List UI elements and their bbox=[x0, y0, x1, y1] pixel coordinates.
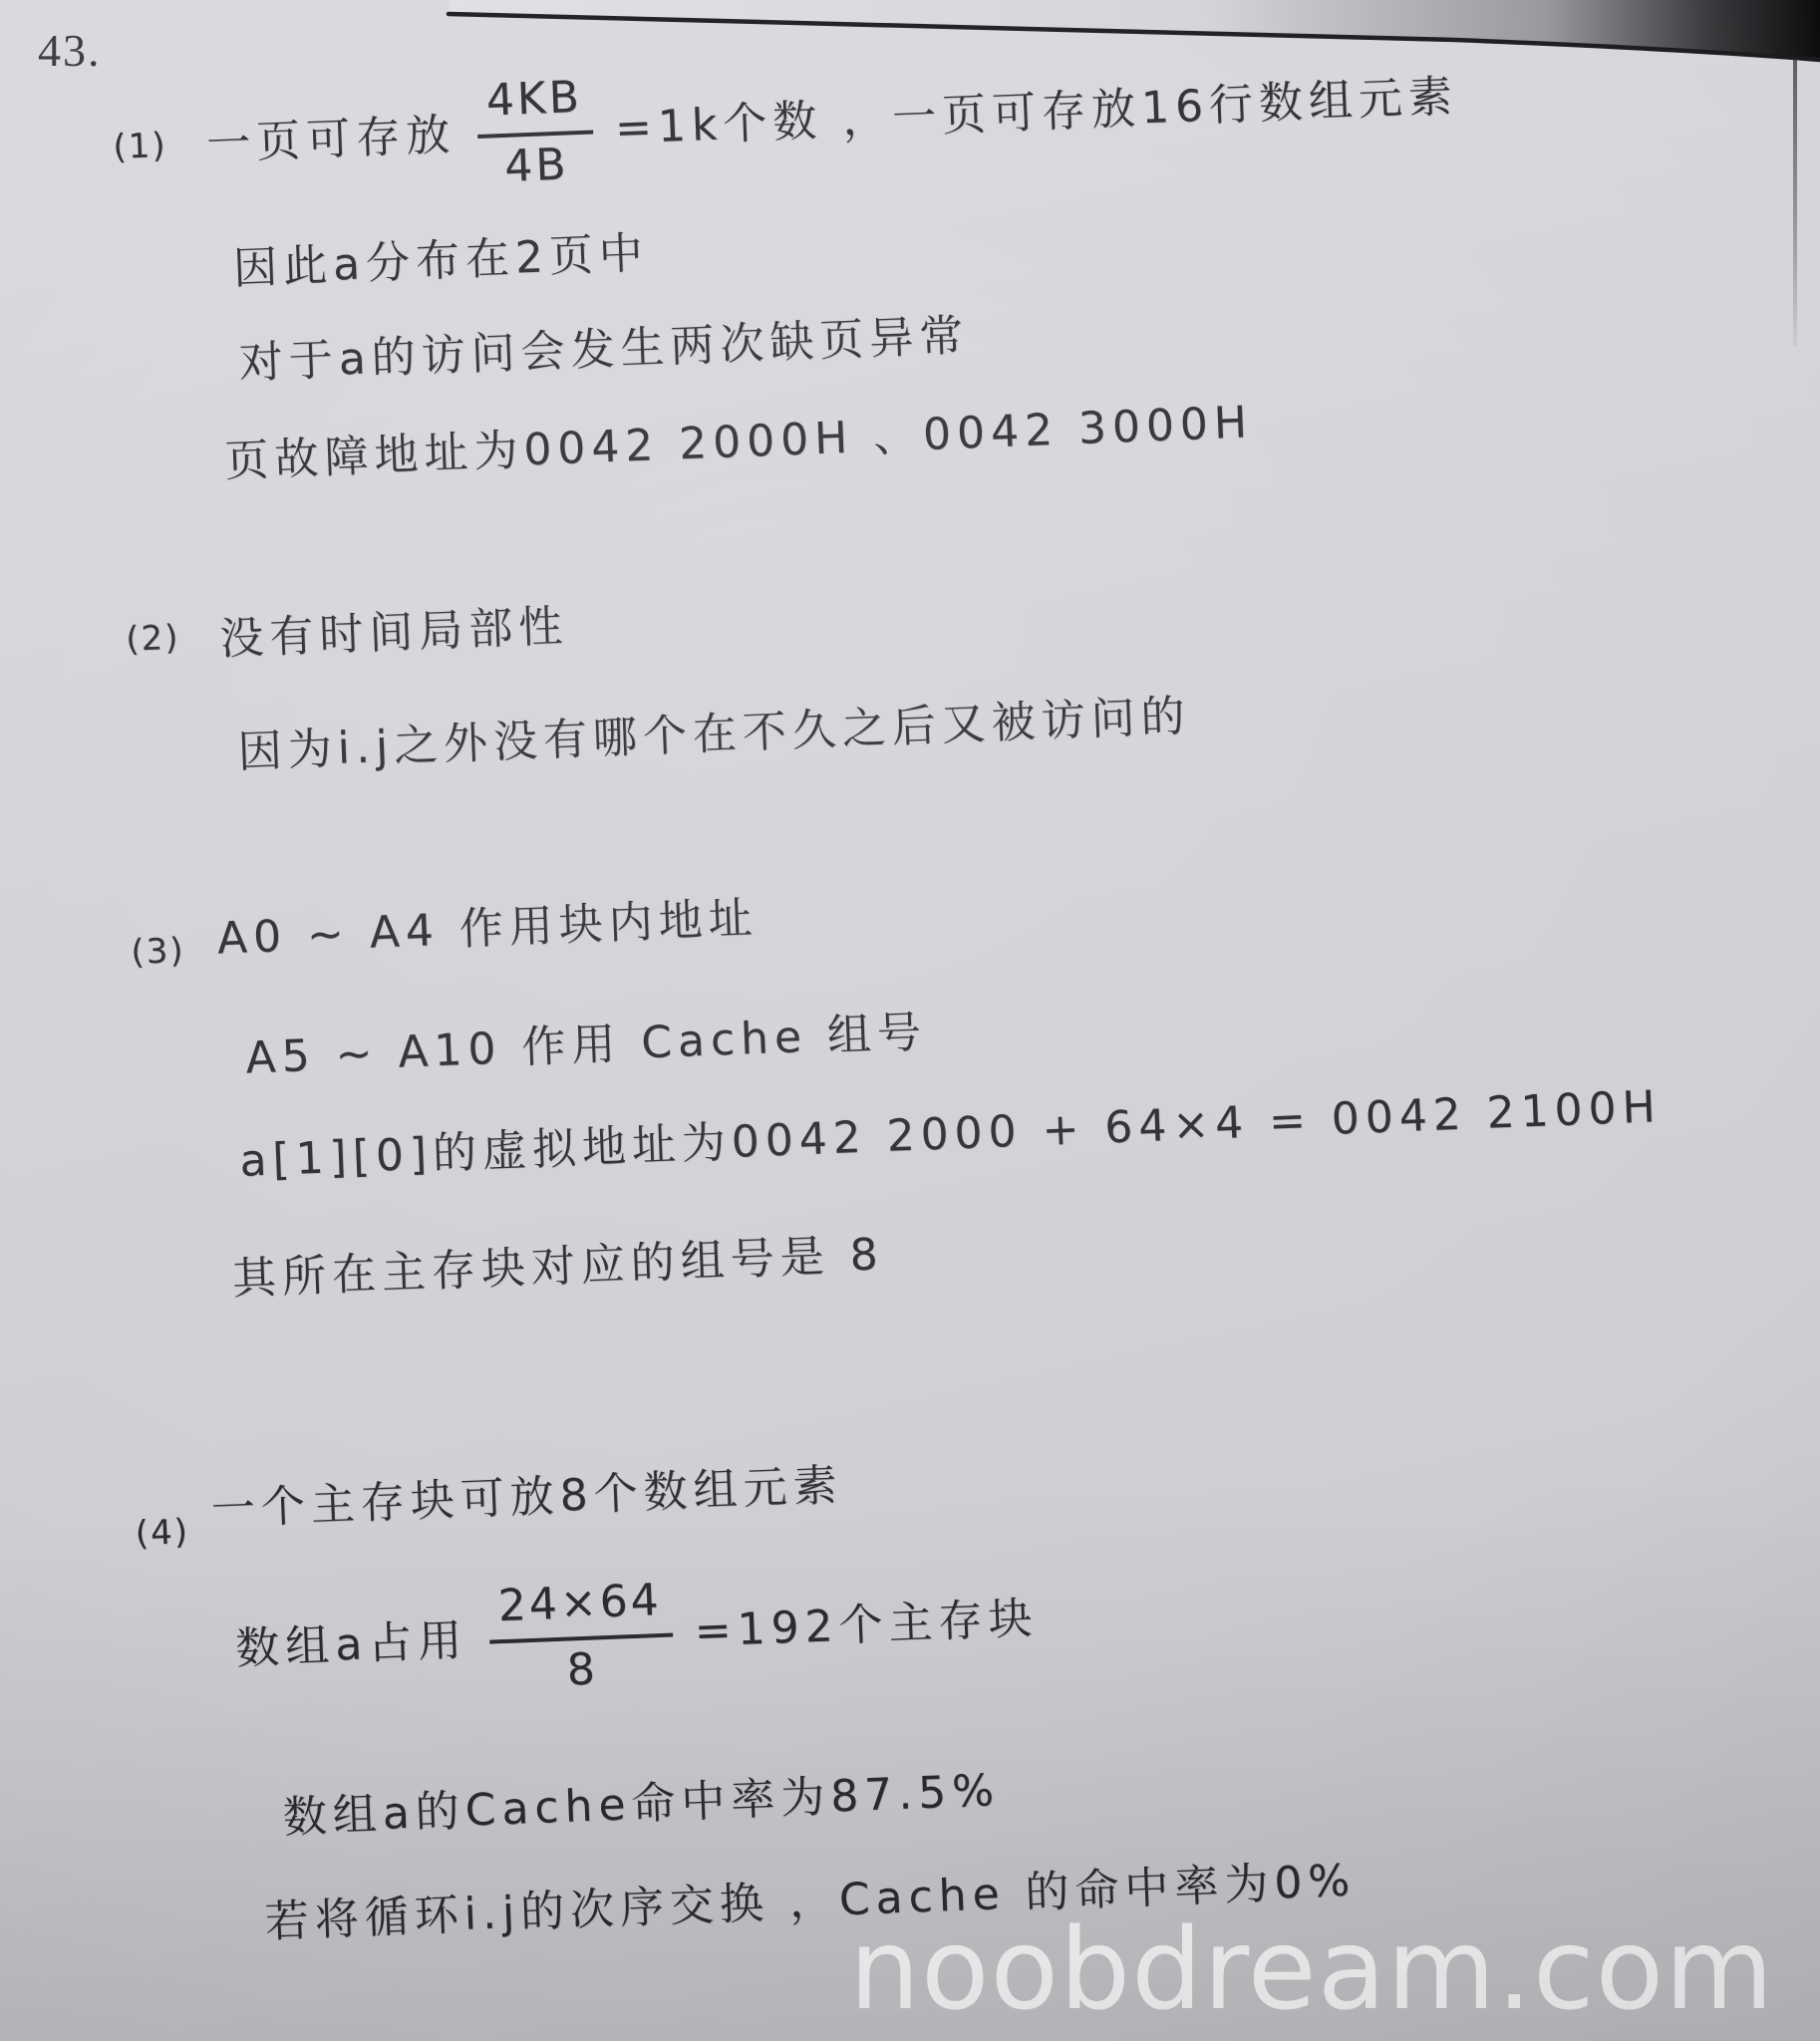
watermark: noobdream.com bbox=[849, 1905, 1774, 2035]
fraction-denominator: 8 bbox=[566, 1639, 599, 1697]
fraction-24x64-8: 24×64 8 bbox=[487, 1575, 675, 1701]
fraction-4kb-4b: 4KB 4B bbox=[475, 72, 596, 195]
answer-line-1-2: 因此a分布在2页中 bbox=[232, 227, 650, 296]
answer-line-2-2: 因为i.j之外没有哪个在不久之后又被访问的 bbox=[237, 691, 1192, 779]
answer-line-3-4: 其所在主存块对应的组号是 8 bbox=[231, 1229, 885, 1307]
handwritten-answer: (1) 一页可存放 4KB 4B =1k个数 ，一页可存放16行数组元素 因此a… bbox=[0, 0, 1820, 2041]
answer-line-4-1: 一个主存块可放8个数组元素 bbox=[210, 1460, 844, 1537]
notebook-photo: 43. (1) 一页可存放 4KB 4B =1k个数 ，一页可存放16行数组元素… bbox=[0, 0, 1820, 2041]
answer-line-3-1: A0 ~ A4 作用块内地址 bbox=[216, 893, 759, 967]
fraction-denominator: 4B bbox=[503, 135, 569, 193]
fraction-numerator: 4KB bbox=[475, 72, 593, 139]
section-marker-2: (2) bbox=[126, 618, 181, 661]
section-marker-3: (3) bbox=[131, 931, 186, 974]
line-text: =192个主存块 bbox=[694, 1594, 1040, 1659]
answer-line-3-3: a[1][0]的虚拟地址为0042 2000 + 64×4 = 0042 210… bbox=[239, 1081, 1663, 1189]
fraction-numerator: 24×64 bbox=[487, 1575, 673, 1644]
section-marker-1: (1) bbox=[113, 126, 168, 168]
answer-line-4-2: 数组a占用 24×64 8 =192个主存块 bbox=[233, 1561, 1041, 1710]
answer-line-1-4: 页故障地址为0042 2000H 、0042 3000H bbox=[224, 397, 1254, 488]
line-text: =1k个数 ，一页可存放16行数组元素 bbox=[614, 72, 1459, 156]
line-text: 一页可存放 bbox=[205, 110, 456, 171]
line-text: 数组a占用 bbox=[234, 1615, 468, 1677]
section-marker-4: (4) bbox=[135, 1512, 190, 1555]
answer-line-3-2: A5 ~ A10 作用 Cache 组号 bbox=[245, 1007, 928, 1085]
answer-line-1-1: 一页可存放 4KB 4B =1k个数 ，一页可存放16行数组元素 bbox=[204, 38, 1460, 205]
answer-line-1-3: 对于a的访问会发生两次缺页异常 bbox=[238, 310, 970, 391]
answer-line-4-3: 数组a的Cache命中率为87.5% bbox=[282, 1765, 1001, 1845]
answer-line-2-1: 没有时间局部性 bbox=[218, 601, 569, 667]
